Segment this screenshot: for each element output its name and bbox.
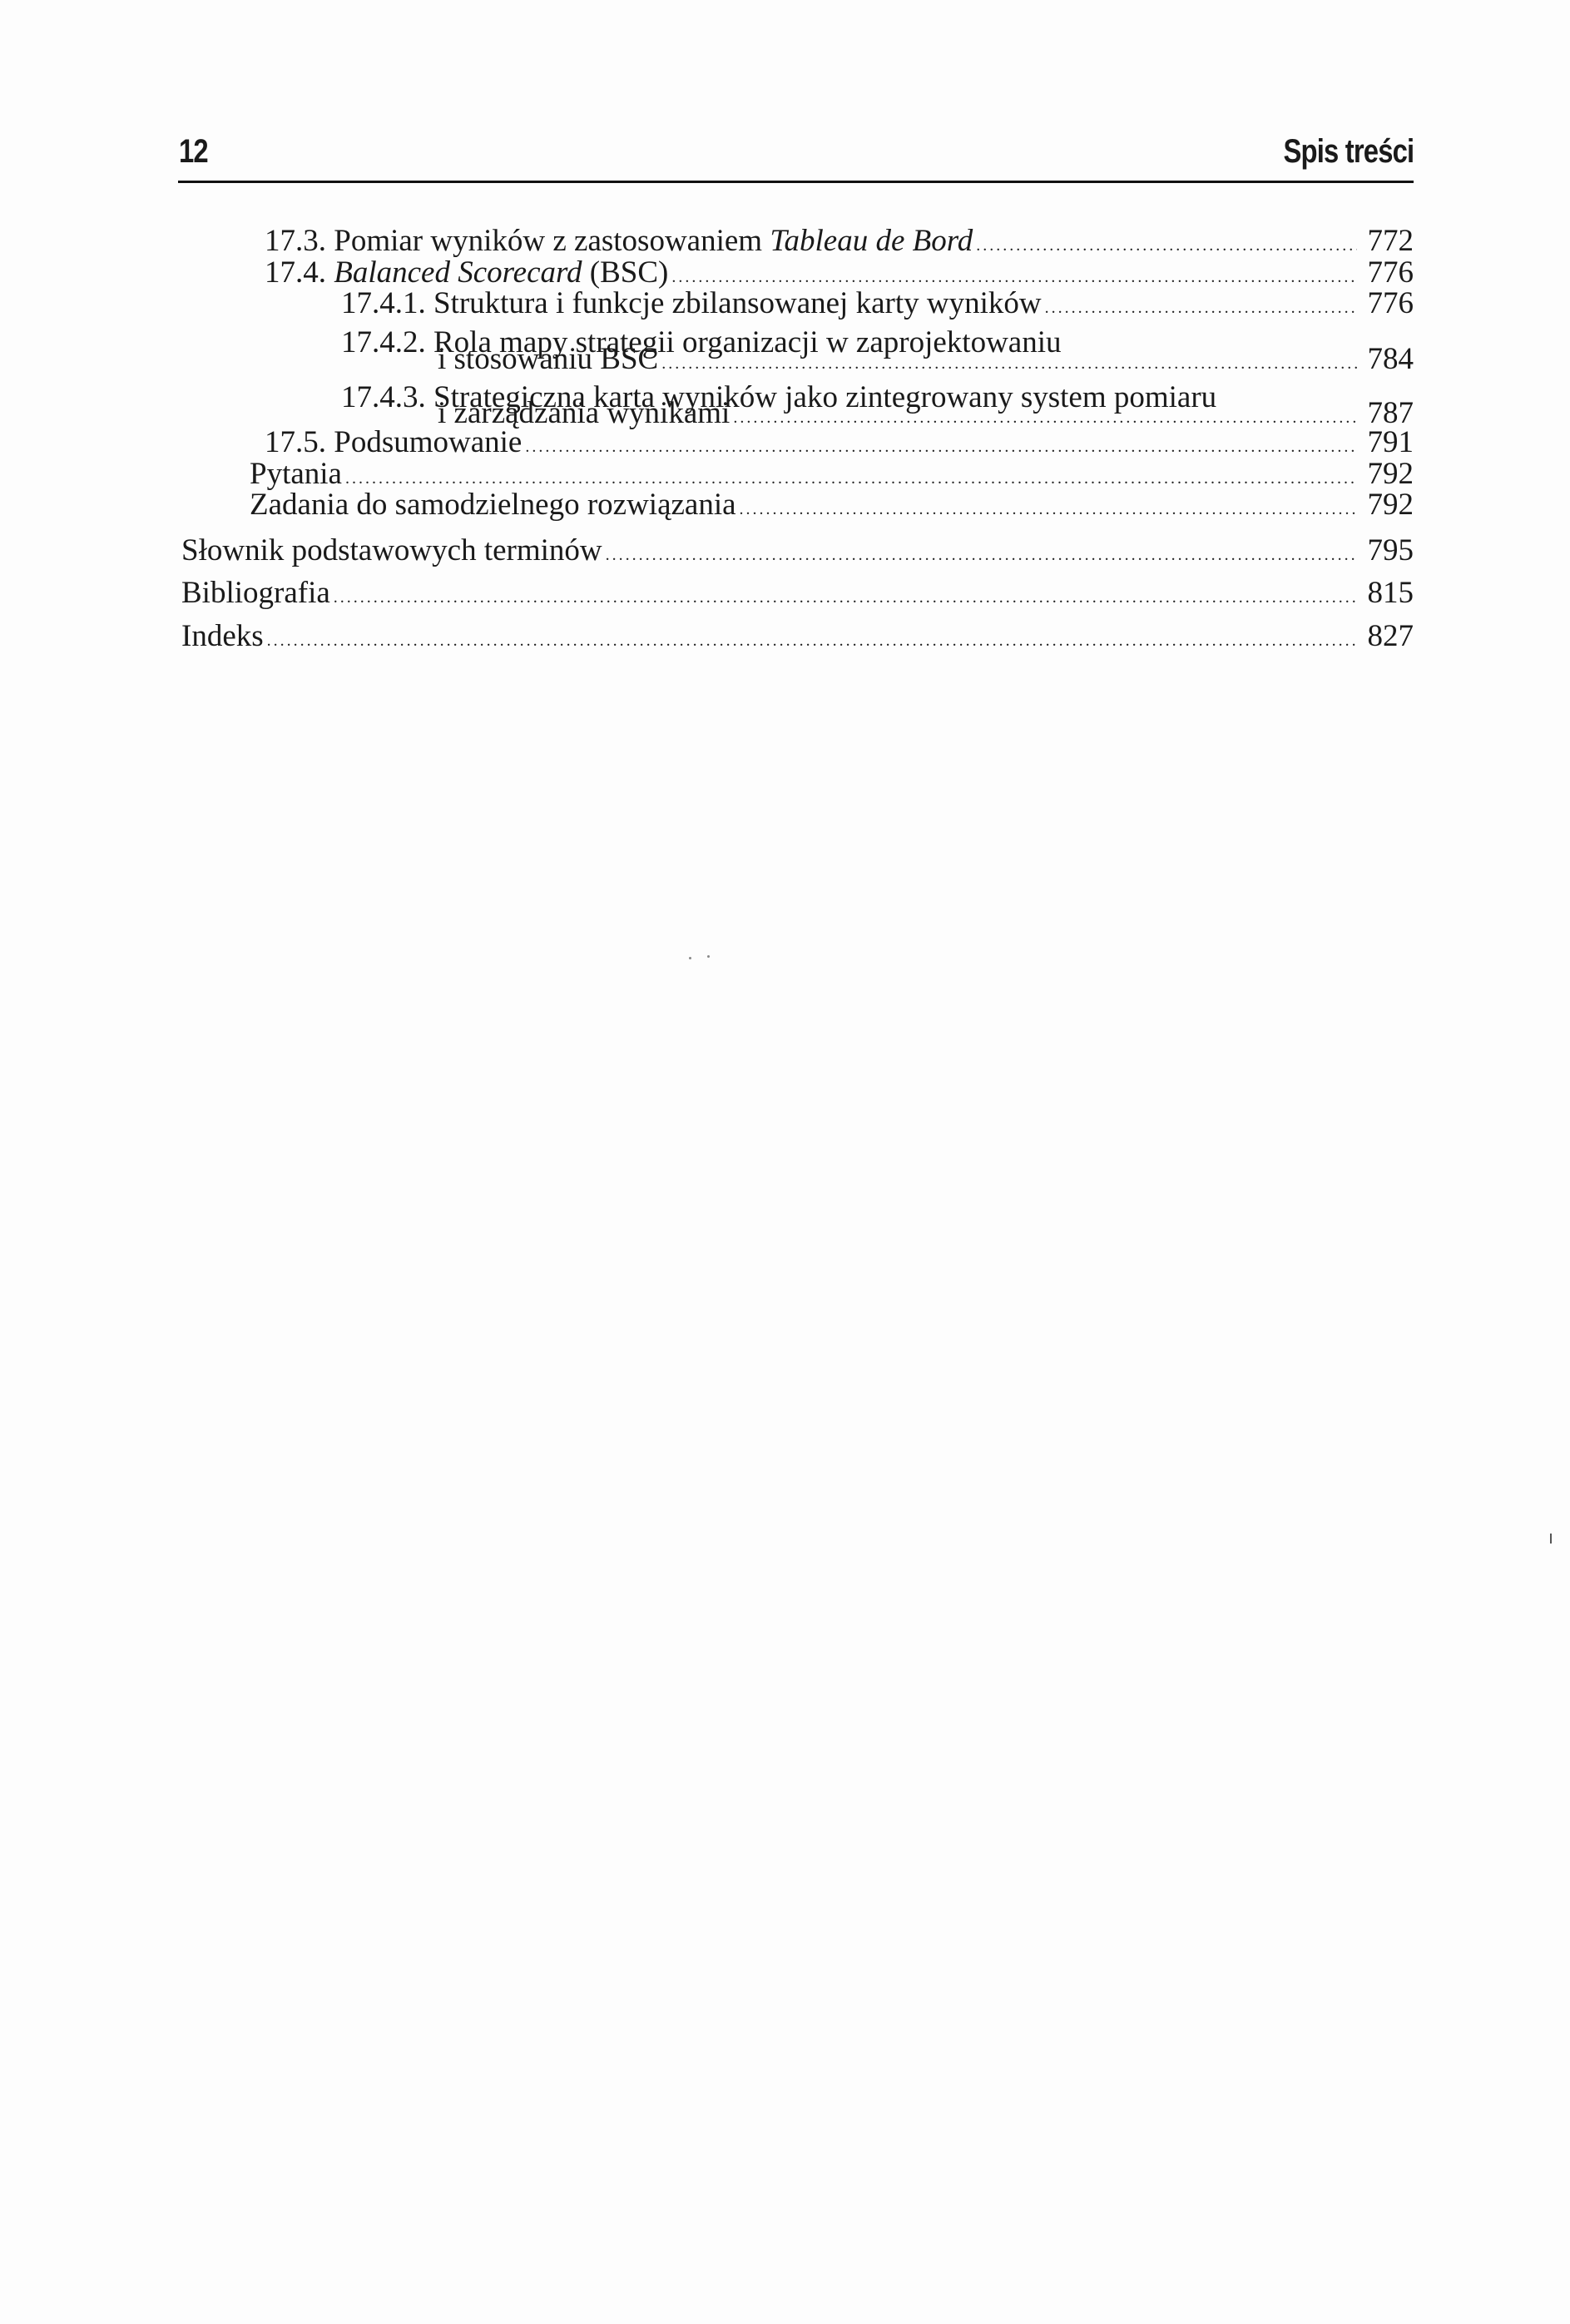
toc-entry-title: i stosowaniu BSC xyxy=(438,343,658,376)
toc-entry-title: Zadania do samodzielnego rozwiązania xyxy=(250,488,736,522)
toc-entry-17-4-1[interactable]: 17.4.1. Struktura i funkcje zbilansowane… xyxy=(341,287,1414,320)
leader-dots xyxy=(606,538,1357,572)
scan-speck xyxy=(707,955,710,958)
toc-entry-zadania[interactable]: Zadania do samodzielnego rozwiązania 792 xyxy=(250,488,1414,522)
toc-page-number: 772 xyxy=(1365,225,1414,258)
toc-page-number: 827 xyxy=(1365,620,1414,653)
leader-dots xyxy=(740,493,1357,526)
scan-speck xyxy=(689,957,691,959)
toc-entry-title: 17.4.1. Struktura i funkcje zbilansowane… xyxy=(341,287,1042,320)
toc-page-number: 792 xyxy=(1365,458,1414,491)
toc-page-number: 776 xyxy=(1365,287,1414,320)
toc-entry-17-4-3[interactable]: i zarządzania wynikami 787 xyxy=(438,397,1414,430)
leader-dots xyxy=(661,347,1357,380)
toc-entry-17-5[interactable]: 17.5. Podsumowanie 791 xyxy=(265,426,1414,459)
toc-entry-bibliografia[interactable]: Bibliografia 815 xyxy=(181,577,1414,610)
toc-page-number: 792 xyxy=(1365,488,1414,522)
toc-entry-pytania[interactable]: Pytania 792 xyxy=(250,458,1414,491)
toc-entry-title: Bibliografia xyxy=(181,577,330,610)
toc-entry-title: Indeks xyxy=(181,620,264,653)
toc-entry-title: Pytania xyxy=(250,458,342,491)
toc-entry-slownik[interactable]: Słownik podstawowych terminów 795 xyxy=(181,534,1414,567)
book-page: 12 Spis treści 17.3. Pomiar wyników z za… xyxy=(0,0,1570,2324)
leader-dots xyxy=(1045,291,1357,325)
toc-page-number: 791 xyxy=(1365,426,1414,459)
table-of-contents: 17.3. Pomiar wyników z zastosowaniem Tab… xyxy=(0,0,1570,2324)
toc-entry-17-3[interactable]: 17.3. Pomiar wyników z zastosowaniem Tab… xyxy=(265,225,1414,258)
toc-entry-indeks[interactable]: Indeks 827 xyxy=(181,620,1414,653)
leader-dots xyxy=(334,581,1357,614)
toc-entry-title: 17.4. Balanced Scorecard (BSC) xyxy=(265,256,668,290)
leader-dots xyxy=(267,624,1357,657)
toc-entry-17-4[interactable]: 17.4. Balanced Scorecard (BSC) 776 xyxy=(265,256,1414,290)
scan-speck xyxy=(1550,1534,1552,1544)
toc-entry-title: 17.5. Podsumowanie xyxy=(265,426,522,459)
toc-page-number: 815 xyxy=(1365,577,1414,610)
toc-entry-17-4-2[interactable]: i stosowaniu BSC 784 xyxy=(438,343,1414,376)
toc-page-number: 776 xyxy=(1365,256,1414,290)
toc-entry-title: 17.3. Pomiar wyników z zastosowaniem Tab… xyxy=(265,225,973,258)
toc-entry-title: Słownik podstawowych terminów xyxy=(181,534,602,567)
toc-page-number: 784 xyxy=(1365,343,1414,376)
toc-page-number: 795 xyxy=(1365,534,1414,567)
